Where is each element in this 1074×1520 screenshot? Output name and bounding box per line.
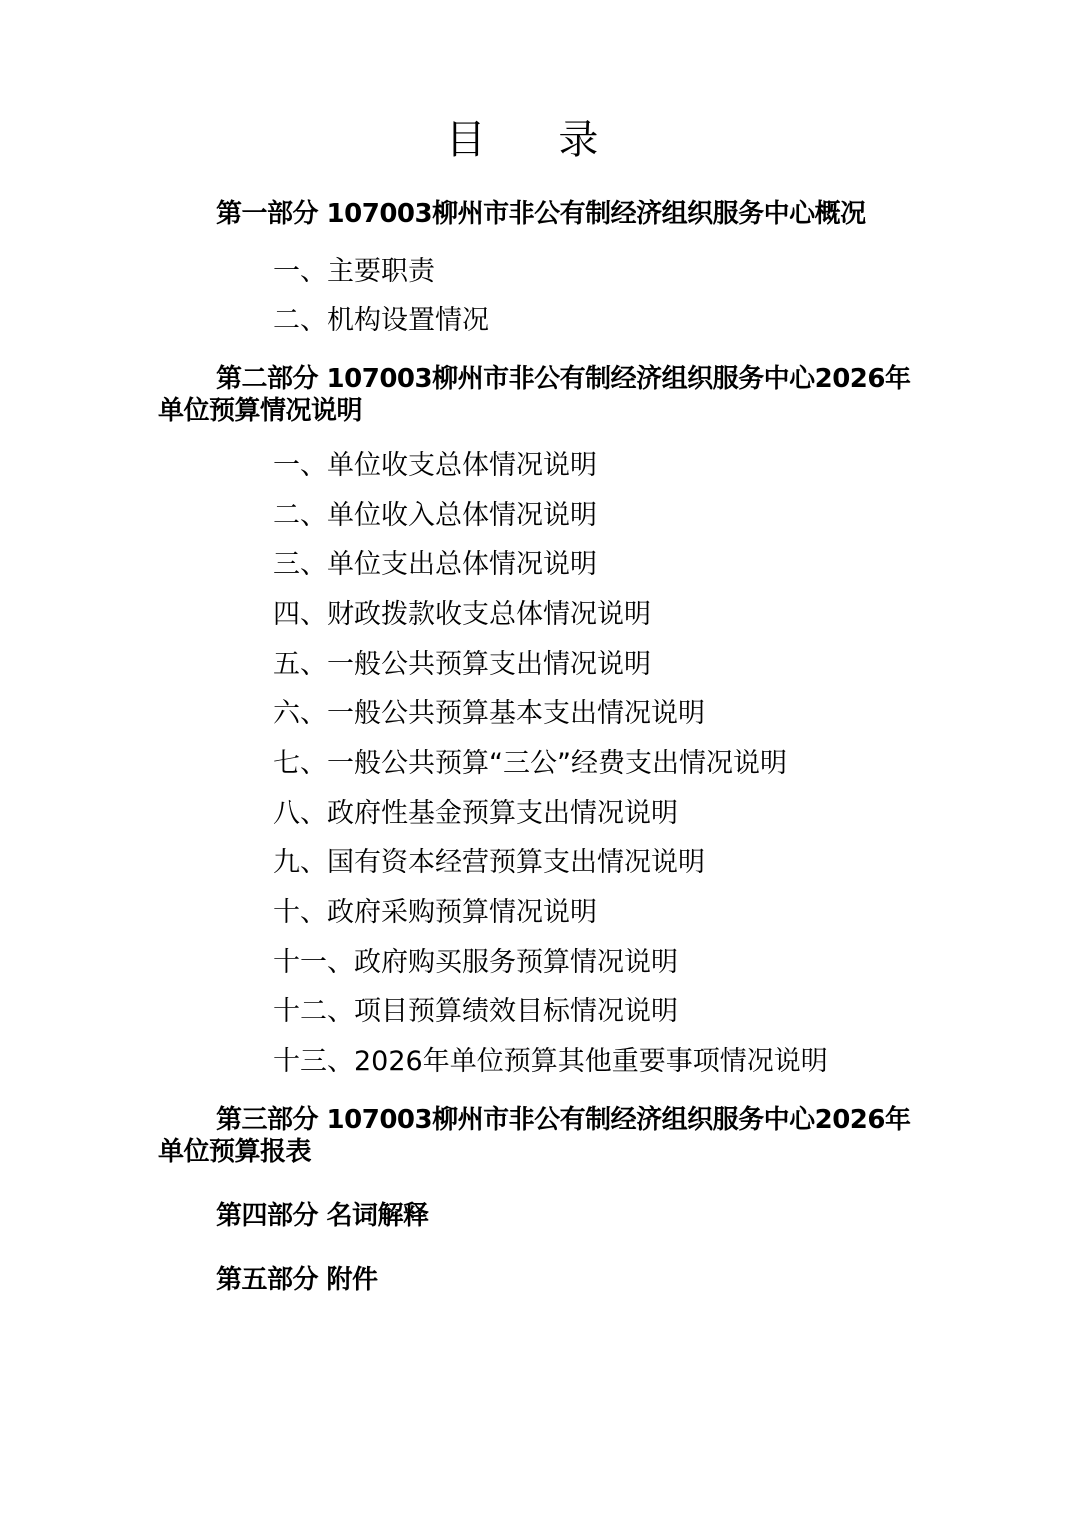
toc-item[interactable]: 七、一般公共预算“三公”经费支出情况说明	[273, 748, 787, 780]
toc-part-1[interactable]: 第一部分 107003柳州市非公有制经济组织服务中心概况	[158, 198, 928, 230]
toc-item[interactable]: 十三、2026年单位预算其他重要事项情况说明	[273, 1046, 828, 1078]
toc-item[interactable]: 五、一般公共预算支出情况说明	[273, 649, 651, 681]
toc-item[interactable]: 十二、项目预算绩效目标情况说明	[273, 996, 678, 1028]
toc-item[interactable]: 二、机构设置情况	[273, 305, 489, 337]
toc-item[interactable]: 三、单位支出总体情况说明	[273, 549, 597, 581]
toc-item[interactable]: 十一、政府购买服务预算情况说明	[273, 947, 678, 979]
toc-part-2[interactable]: 第二部分 107003柳州市非公有制经济组织服务中心2026年单位预算情况说明	[158, 363, 928, 427]
toc-part-3[interactable]: 第三部分 107003柳州市非公有制经济组织服务中心2026年单位预算报表	[158, 1104, 928, 1168]
toc-item[interactable]: 十、政府采购预算情况说明	[273, 897, 597, 929]
toc-item[interactable]: 六、一般公共预算基本支出情况说明	[273, 698, 705, 730]
toc-item[interactable]: 二、单位收入总体情况说明	[273, 500, 597, 532]
toc-item[interactable]: 一、单位收支总体情况说明	[273, 450, 597, 482]
toc-item[interactable]: 四、财政拨款收支总体情况说明	[273, 599, 651, 631]
toc-item[interactable]: 八、政府性基金预算支出情况说明	[273, 798, 678, 830]
toc-part-5[interactable]: 第五部分 附件	[158, 1264, 928, 1296]
toc-item[interactable]: 九、国有资本经营预算支出情况说明	[273, 847, 705, 879]
toc-title: 目 录	[0, 108, 1074, 165]
toc-part-4[interactable]: 第四部分 名词解释	[158, 1200, 928, 1232]
toc-item[interactable]: 一、主要职责	[273, 256, 435, 288]
